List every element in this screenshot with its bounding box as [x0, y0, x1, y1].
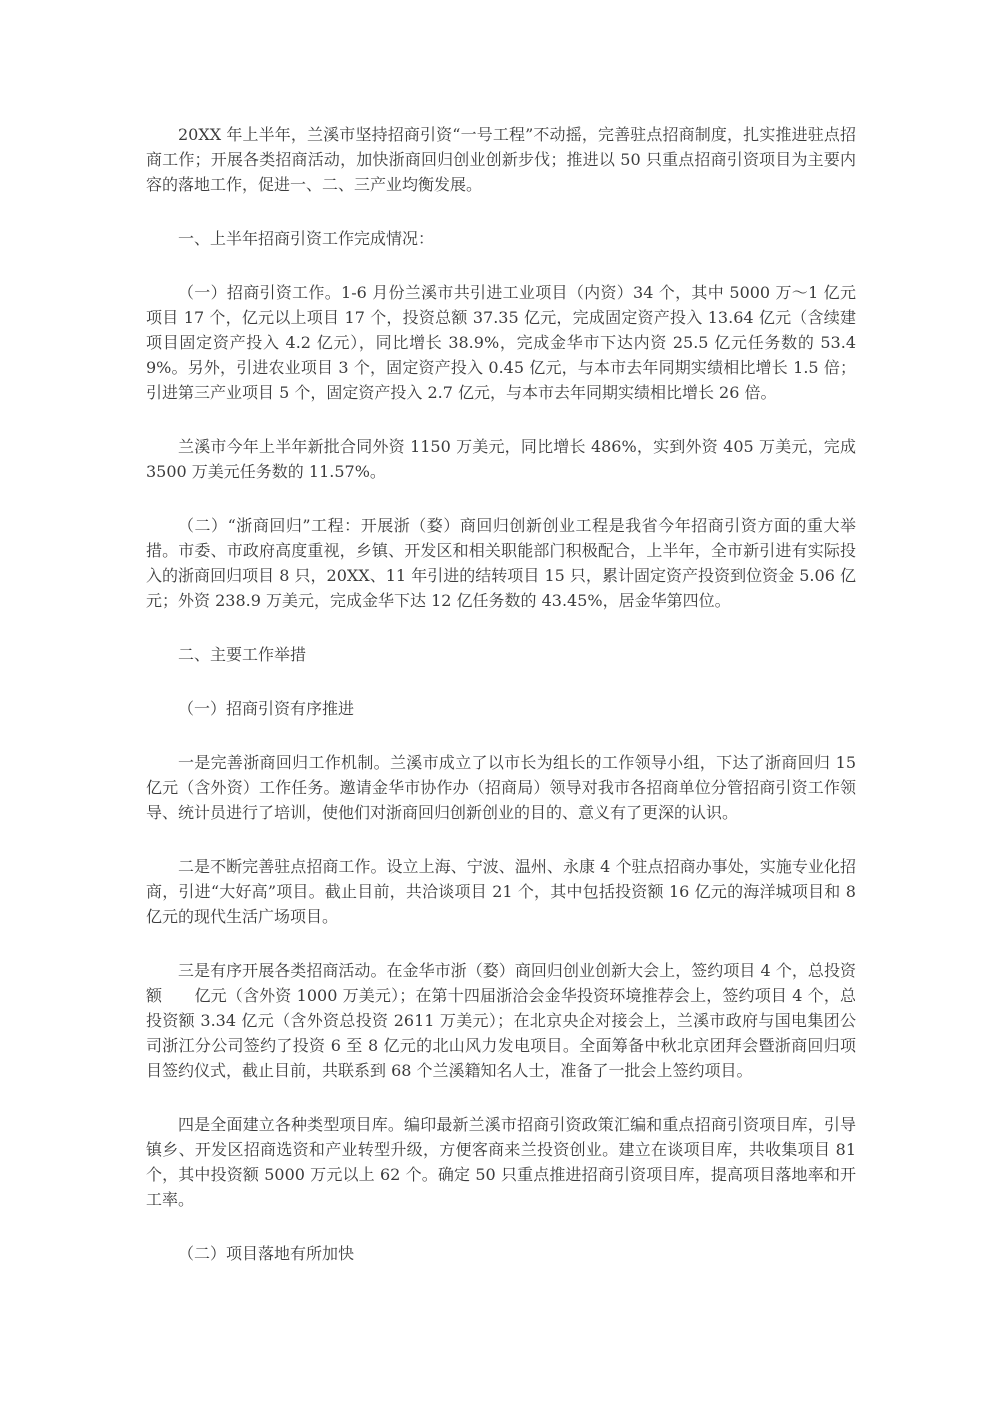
- section-heading: （一）招商引资有序推进: [146, 696, 856, 721]
- document-body: 20XX 年上半年，兰溪市坚持招商引资“一号工程”不动摇，完善驻点招商制度，扎实…: [146, 122, 856, 1266]
- body-paragraph: （一）招商引资工作。1-6 月份兰溪市共引进工业项目（内资）34 个，其中 50…: [146, 280, 856, 405]
- body-paragraph: 20XX 年上半年，兰溪市坚持招商引资“一号工程”不动摇，完善驻点招商制度，扎实…: [146, 122, 856, 197]
- body-paragraph: （二）“浙商回归”工程：开展浙（婺）商回归创新创业工程是我省今年招商引资方面的重…: [146, 513, 856, 613]
- body-paragraph: 三是有序开展各类招商活动。在金华市浙（婺）商回归创业创新大会上，签约项目 4 个…: [146, 958, 856, 1083]
- document-page: 20XX 年上半年，兰溪市坚持招商引资“一号工程”不动摇，完善驻点招商制度，扎实…: [0, 0, 1000, 1415]
- section-heading: 二、主要工作举措: [146, 642, 856, 667]
- body-paragraph: 四是全面建立各种类型项目库。编印最新兰溪市招商引资政策汇编和重点招商引资项目库，…: [146, 1112, 856, 1212]
- body-paragraph: 一是完善浙商回归工作机制。兰溪市成立了以市长为组长的工作领导小组，下达了浙商回归…: [146, 750, 856, 825]
- section-heading: （二）项目落地有所加快: [146, 1241, 856, 1266]
- body-paragraph: 兰溪市今年上半年新批合同外资 1150 万美元，同比增长 486%，实到外资 4…: [146, 434, 856, 484]
- body-paragraph: 二是不断完善驻点招商工作。设立上海、宁波、温州、永康 4 个驻点招商办事处，实施…: [146, 854, 856, 929]
- section-heading: 一、上半年招商引资工作完成情况：: [146, 226, 856, 251]
